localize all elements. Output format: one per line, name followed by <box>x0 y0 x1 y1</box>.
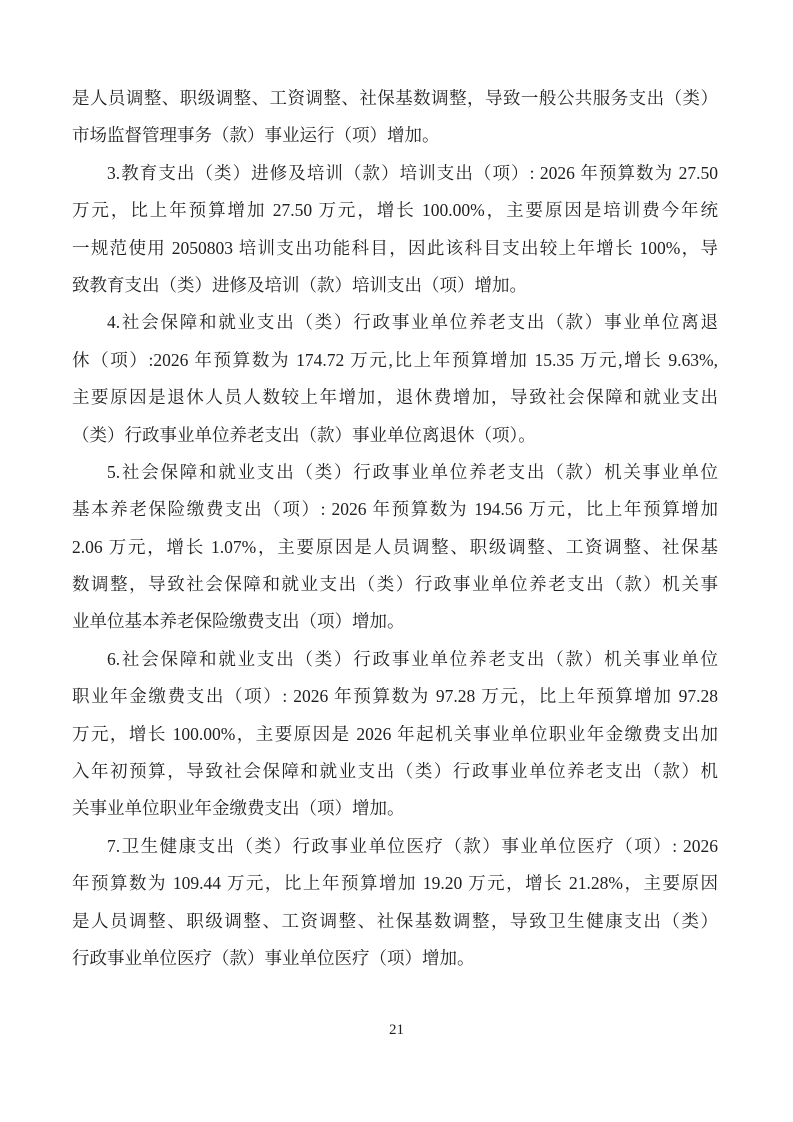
text-line: 是人员调整、职级调整、工资调整、社保基数调整，导致一般公共服务支出（类） <box>72 80 718 117</box>
paragraph: 是人员调整、职级调整、工资调整、社保基数调整，导致一般公共服务支出（类）市场监督… <box>72 80 718 155</box>
text-line: 主要原因是退休人员人数较上年增加，退休费增加，导致社会保障和就业支出 <box>72 379 718 416</box>
page-footer: 21 <box>0 1020 793 1040</box>
page-number: 21 <box>389 1022 404 1038</box>
text-line: 4.社会保障和就业支出（类）行政事业单位养老支出（款）事业单位离退 <box>72 304 718 341</box>
paragraph: 3.教育支出（类）进修及培训（款）培训支出（项）: 2026 年预算数为 27.… <box>72 155 718 305</box>
text-line: 基本养老保险缴费支出（项）: 2026 年预算数为 194.56 万元，比上年预… <box>72 491 718 528</box>
text-block: 是人员调整、职级调整、工资调整、社保基数调整，导致一般公共服务支出（类）市场监督… <box>72 80 718 977</box>
text-line: 入年初预算，导致社会保障和就业支出（类）行政事业单位养老支出（款）机 <box>72 753 718 790</box>
paragraph: 5.社会保障和就业支出（类）行政事业单位养老支出（款）机关事业单位基本养老保险缴… <box>72 454 718 641</box>
text-line: 休（项）:2026 年预算数为 174.72 万元,比上年预算增加 15.35 … <box>72 342 718 379</box>
paragraph: 6.社会保障和就业支出（类）行政事业单位养老支出（款）机关事业单位职业年金缴费支… <box>72 641 718 828</box>
text-line: 数调整，导致社会保障和就业支出（类）行政事业单位养老支出（款）机关事 <box>72 566 718 603</box>
text-line: 业单位基本养老保险缴费支出（项）增加。 <box>72 603 718 640</box>
text-line: 关事业单位职业年金缴费支出（项）增加。 <box>72 790 718 827</box>
text-line: 致教育支出（类）进修及培训（款）培训支出（项）增加。 <box>72 267 718 304</box>
text-line: 职业年金缴费支出（项）: 2026 年预算数为 97.28 万元，比上年预算增加… <box>72 678 718 715</box>
text-line: 2.06 万元，增长 1.07%，主要原因是人员调整、职级调整、工资调整、社保基 <box>72 529 718 566</box>
text-line: 是人员调整、职级调整、工资调整、社保基数调整，导致卫生健康支出（类） <box>72 903 718 940</box>
text-line: 3.教育支出（类）进修及培训（款）培训支出（项）: 2026 年预算数为 27.… <box>72 155 718 192</box>
text-line: 7.卫生健康支出（类）行政事业单位医疗（款）事业单位医疗（项）: 2026 <box>72 828 718 865</box>
paragraph: 7.卫生健康支出（类）行政事业单位医疗（款）事业单位医疗（项）: 2026年预算… <box>72 828 718 978</box>
text-line: （类）行政事业单位养老支出（款）事业单位离退休（项）。 <box>72 417 718 454</box>
text-line: 5.社会保障和就业支出（类）行政事业单位养老支出（款）机关事业单位 <box>72 454 718 491</box>
text-line: 万元，增长 100.00%，主要原因是 2026 年起机关事业单位职业年金缴费支… <box>72 716 718 753</box>
document-page: 是人员调整、职级调整、工资调整、社保基数调整，导致一般公共服务支出（类）市场监督… <box>0 0 793 1122</box>
paragraph: 4.社会保障和就业支出（类）行政事业单位养老支出（款）事业单位离退休（项）:20… <box>72 304 718 454</box>
text-line: 市场监督管理事务（款）事业运行（项）增加。 <box>72 117 718 154</box>
text-line: 年预算数为 109.44 万元，比上年预算增加 19.20 万元，增长 21.2… <box>72 865 718 902</box>
text-line: 万元，比上年预算增加 27.50 万元，增长 100.00%，主要原因是培训费今… <box>72 192 718 229</box>
text-line: 一规范使用 2050803 培训支出功能科目，因此该科目支出较上年增长 100%… <box>72 230 718 267</box>
text-line: 行政事业单位医疗（款）事业单位医疗（项）增加。 <box>72 940 718 977</box>
text-line: 6.社会保障和就业支出（类）行政事业单位养老支出（款）机关事业单位 <box>72 641 718 678</box>
